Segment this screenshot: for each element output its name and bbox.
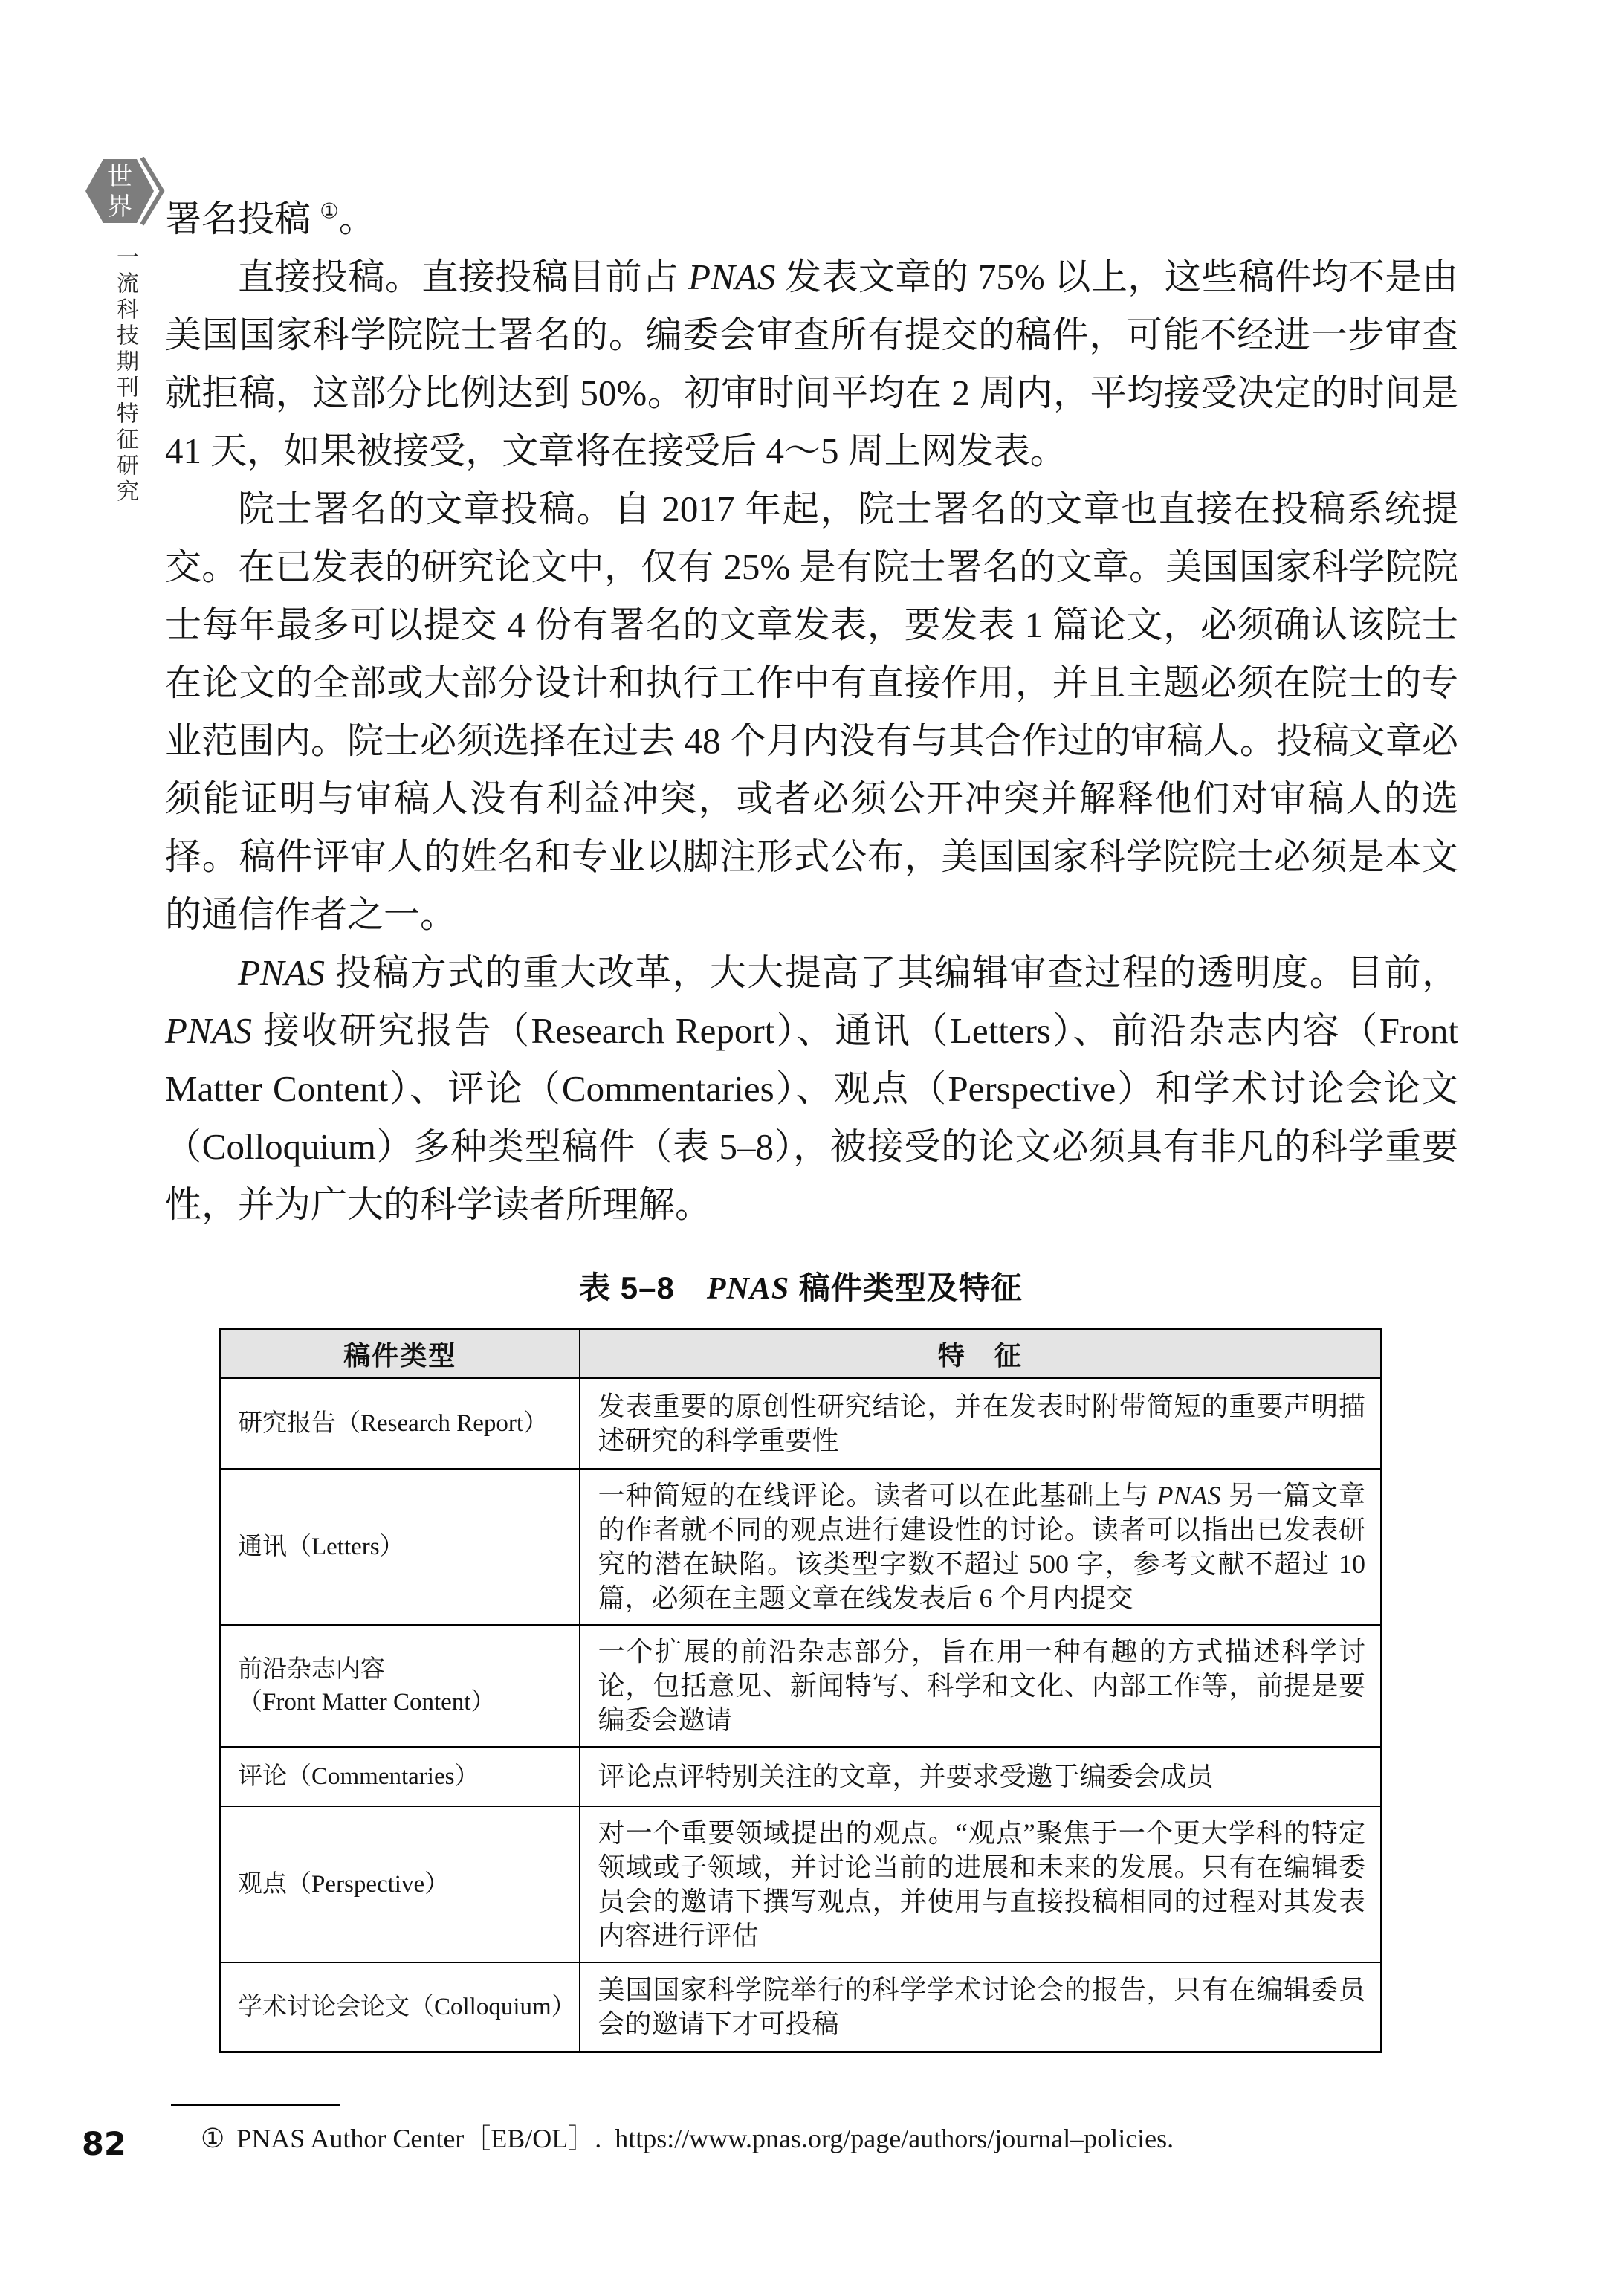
- manuscript-type-cell: 前沿杂志内容（Front Matter Content）: [221, 1625, 580, 1747]
- journal-name: PNAS: [1157, 1481, 1221, 1510]
- feature-cell: 一个扩展的前沿杂志部分，旨在用一种有趣的方式描述科学讨论，包括意见、新闻特写、科…: [580, 1625, 1382, 1747]
- feature-cell: 评论点评特别关注的文章，并要求受邀于编委会成员: [580, 1747, 1382, 1806]
- journal-name: PNAS: [165, 1010, 252, 1051]
- manuscript-types-table: 稿件类型 特 征 研究报告（Research Report）发表重要的原创性研究…: [219, 1328, 1382, 2053]
- table-row: 学术讨论会论文（Colloquium）美国国家科学院举行的科学学术讨论会的报告，…: [221, 1962, 1382, 2052]
- feature-cell: 发表重要的原创性研究结论，并在发表时附带简短的重要声明描述研究的科学重要性: [580, 1378, 1382, 1469]
- manuscript-type-cell: 学术讨论会论文（Colloquium）: [221, 1962, 580, 2052]
- table-row: 通讯（Letters）一种简短的在线评论。读者可以在此基础上与 PNAS 另一篇…: [221, 1469, 1382, 1625]
- table-row: 观点（Perspective）对一个重要领域提出的观点。“观点”聚焦于一个更大学…: [221, 1806, 1382, 1962]
- body-text: 署名投稿 ①。直接投稿。直接投稿目前占 PNAS 发表文章的 75% 以上，这些…: [165, 190, 1458, 1234]
- footnote-separator: [171, 2104, 340, 2106]
- badge-char: 界: [107, 193, 132, 221]
- feature-cell: 美国国家科学院举行的科学学术讨论会的报告，只有在编辑委员会的邀请下才可投稿: [580, 1962, 1382, 2052]
- table-caption: 表 5–8 PNAS 稿件类型及特征: [219, 1264, 1382, 1308]
- body-paragraph: 直接投稿。直接投稿目前占 PNAS 发表文章的 75% 以上，这些稿件均不是由美…: [165, 248, 1458, 480]
- table-row: 评论（Commentaries）评论点评特别关注的文章，并要求受邀于编委会成员: [221, 1747, 1382, 1806]
- column-header-feature: 特 征: [580, 1329, 1382, 1379]
- manuscript-type-cell: 通讯（Letters）: [221, 1469, 580, 1625]
- feature-cell: 一种简短的在线评论。读者可以在此基础上与 PNAS 另一篇文章的作者就不同的观点…: [580, 1469, 1382, 1625]
- footnote-marker: ①: [201, 2124, 224, 2153]
- journal-name: PNAS: [238, 952, 325, 993]
- badge-char: 世: [107, 163, 132, 191]
- table-row: 研究报告（Research Report）发表重要的原创性研究结论，并在发表时附…: [221, 1378, 1382, 1469]
- footnote-url: https://www.pnas.org/page/authors/journa…: [615, 2124, 1174, 2153]
- table-row: 前沿杂志内容（Front Matter Content）一个扩展的前沿杂志部分，…: [221, 1625, 1382, 1747]
- journal-name: PNAS: [688, 256, 775, 297]
- page-number: 82: [82, 2126, 126, 2163]
- series-title-vertical: 一流科技期刊特征研究: [109, 245, 141, 505]
- journal-name: PNAS: [707, 1272, 789, 1306]
- manuscript-type-cell: 评论（Commentaries）: [221, 1747, 580, 1806]
- body-paragraph: 署名投稿 ①。: [165, 190, 1458, 248]
- table-header-row: 稿件类型 特 征: [221, 1329, 1382, 1379]
- column-header-type: 稿件类型: [221, 1329, 580, 1379]
- body-paragraph: PNAS 投稿方式的重大改革，大大提高了其编辑审查过程的透明度。目前，PNAS …: [165, 944, 1458, 1234]
- feature-cell: 对一个重要领域提出的观点。“观点”聚焦于一个更大学科的特定领域或子领域，并讨论当…: [580, 1806, 1382, 1962]
- footnote-citation: PNAS Author Center［EB/OL］.: [236, 2124, 601, 2153]
- body-paragraph: 院士署名的文章投稿。自 2017 年起，院士署名的文章也直接在投稿系统提交。在已…: [165, 480, 1458, 944]
- book-page: 世 界 一流科技期刊特征研究 署名投稿 ①。直接投稿。直接投稿目前占 PNAS …: [0, 0, 1624, 2282]
- series-badge: 世 界: [84, 157, 167, 231]
- manuscript-type-cell: 观点（Perspective）: [221, 1806, 580, 1962]
- manuscript-type-cell: 研究报告（Research Report）: [221, 1378, 580, 1469]
- main-content: 署名投稿 ①。直接投稿。直接投稿目前占 PNAS 发表文章的 75% 以上，这些…: [165, 190, 1458, 2156]
- footnote: ①PNAS Author Center［EB/OL］.https://www.p…: [165, 2118, 1458, 2156]
- footnote-ref-marker: ①: [320, 201, 338, 224]
